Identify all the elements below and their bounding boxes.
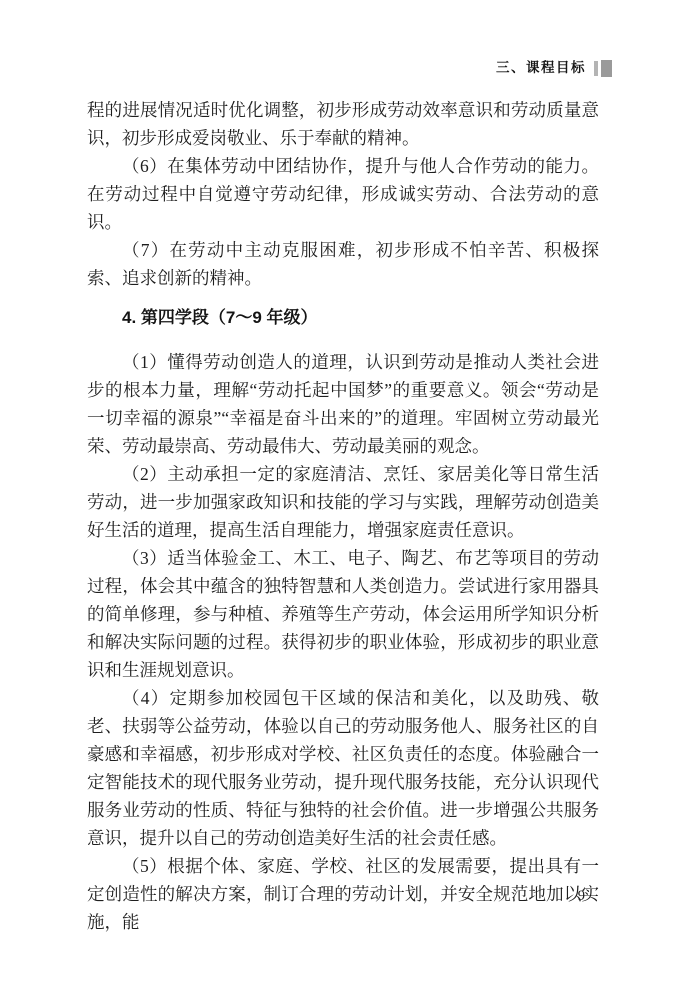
paragraph-continuation: 程的进展情况适时优化调整，初步形成劳动效率意识和劳动质量意识，初步形成爱岗敬业、… <box>87 96 599 152</box>
running-header-title: 三、课程目标 <box>496 59 586 77</box>
document-page: 三、课程目标 程的进展情况适时优化调整，初步形成劳动效率意识和劳动质量意识，初步… <box>0 0 695 982</box>
paragraph-item-3: （3）适当体验金工、木工、电子、陶艺、布艺等项目的劳动过程，体会其中蕴含的独特智… <box>87 544 599 684</box>
paragraph-item-6: （6）在集体劳动中团结协作，提升与他人合作劳动的能力。在劳动过程中自觉遵守劳动纪… <box>87 152 599 236</box>
paragraph-item-2: （2）主动承担一定的家庭清洁、烹饪、家居美化等日常生活劳动，进一步加强家政知识和… <box>87 460 599 544</box>
paragraph-item-4: （4）定期参加校园包干区域的保洁和美化，以及助残、敬老、扶弱等公益劳动，体验以自… <box>87 684 599 852</box>
header-decoration-bars-icon <box>594 60 612 77</box>
header-thick-bar-icon <box>601 60 612 77</box>
page-body: 程的进展情况适时优化调整，初步形成劳动效率意识和劳动质量意识，初步形成爱岗敬业、… <box>87 96 599 936</box>
header-thin-bar-icon <box>594 61 598 76</box>
paragraph-item-7: （7）在劳动中主动克服困难，初步形成不怕辛苦、积极探索、追求创新的精神。 <box>87 236 599 292</box>
running-header: 三、课程目标 <box>87 59 612 77</box>
paragraph-item-1: （1）懂得劳动创造人的道理，认识到劳动是推动人类社会进步的根本力量，理解“劳动托… <box>87 348 599 460</box>
section-heading: 4. 第四学段（7～9 年级） <box>87 306 599 330</box>
page-number: 9 <box>578 888 585 904</box>
page-footer: 9 <box>87 887 599 905</box>
